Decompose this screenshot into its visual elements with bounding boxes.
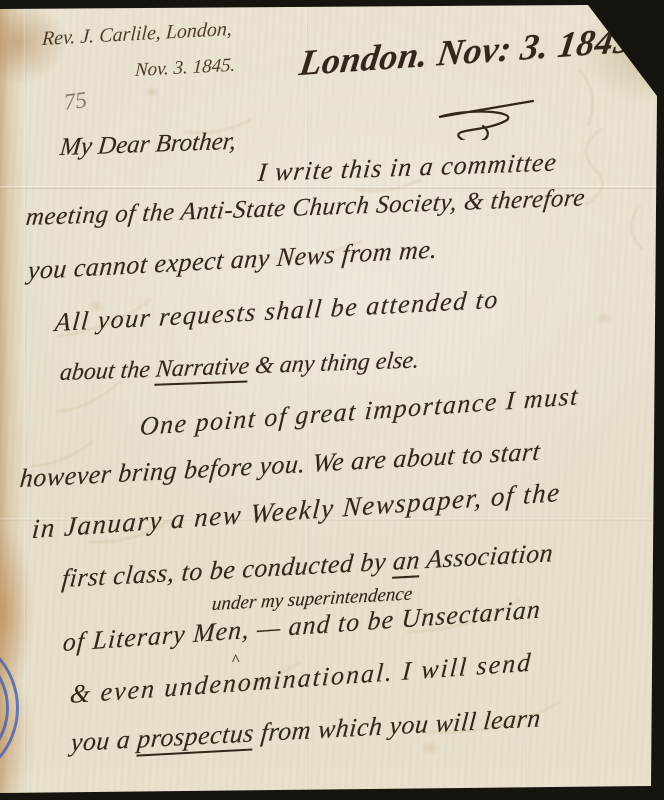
body-line-5-post: & any thing else. [248, 347, 421, 379]
underlined-word-narrative: Narrative [154, 353, 250, 385]
body-line-5-pre: about the [59, 357, 158, 386]
body-line-12-pre: you a [70, 724, 139, 757]
letter-page: Rev. J. Carlile, London, Nov. 3. 1845. 7… [0, 0, 664, 800]
underlined-word-an: an [392, 545, 422, 579]
underlined-word-prospectus: prospectus [136, 718, 255, 756]
paper-edge-fold-left [24, 0, 26, 800]
body-line-9-post: Association [419, 538, 555, 574]
scanned-letter-page: { "colors": { "scan_background": "#17130… [0, 0, 664, 800]
pencil-folio-number: 75 [62, 87, 88, 116]
pen-flourish-icon [425, 95, 540, 140]
